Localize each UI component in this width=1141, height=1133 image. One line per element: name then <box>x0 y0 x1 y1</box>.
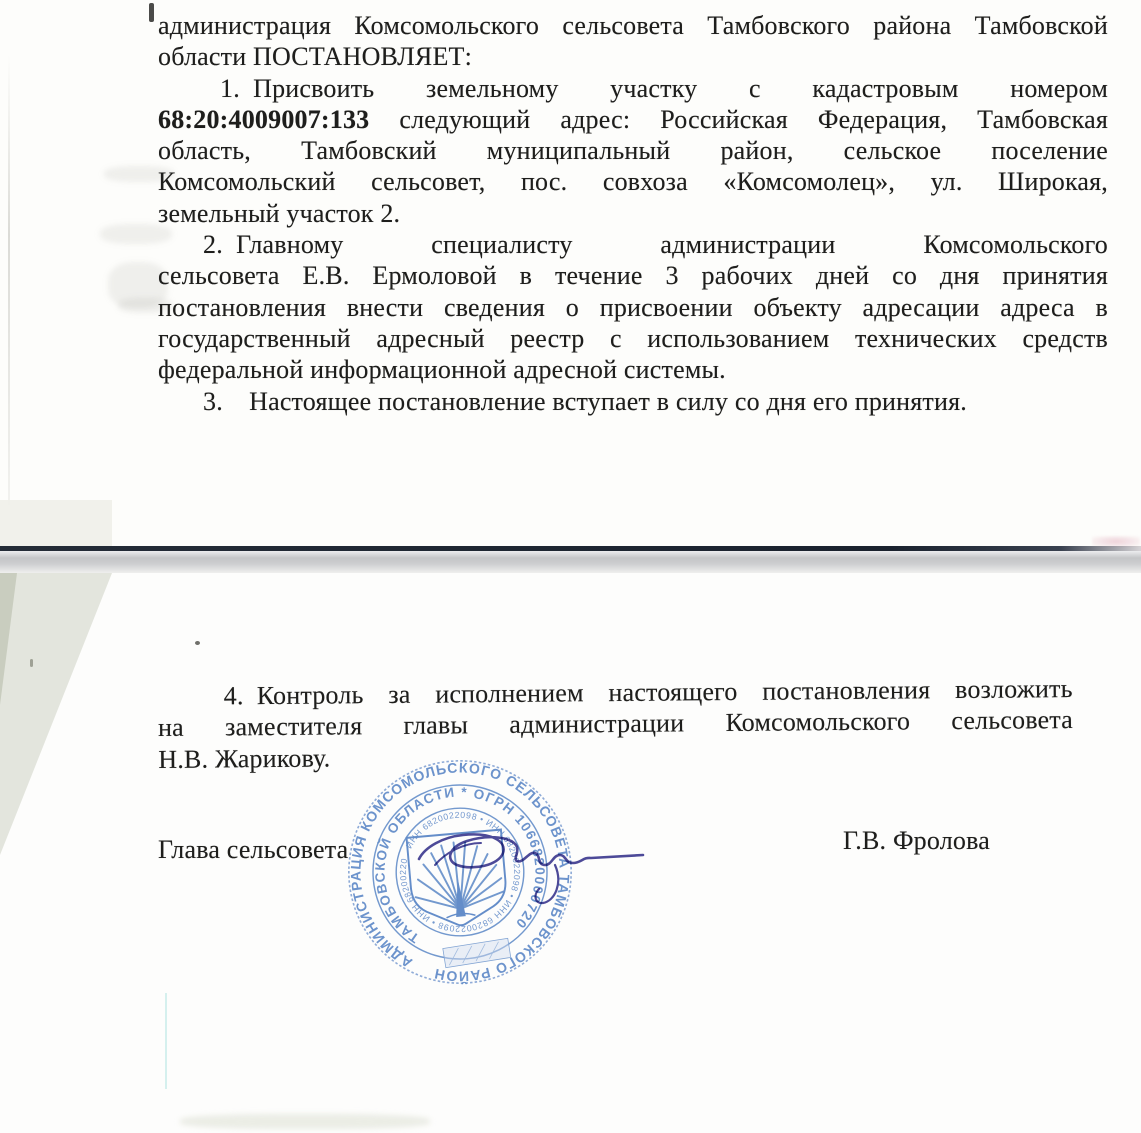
scan-artifact <box>165 993 167 1089</box>
text-line: Комсомольский сельсовет, пос. совхоза «К… <box>158 166 1108 197</box>
scan-artifact <box>0 500 112 547</box>
text-line: области ПОСТАНОВЛЯЕТ: <box>158 41 1108 72</box>
handwritten-signature <box>405 803 657 921</box>
signer-title: Глава сельсовета <box>158 834 348 866</box>
text-line: 2. Главному специалисту администрации Ко… <box>158 229 1108 260</box>
text-line: государственный адресный реестр с исполь… <box>158 323 1108 354</box>
scanner-background-wedge <box>0 573 112 855</box>
resolution-body-text: администрация Комсомольского сельсовета … <box>158 10 1108 417</box>
text-line: земельный участок 2. <box>158 198 1108 229</box>
scan-page-divider-band <box>0 551 1141 573</box>
text-line: 3. Настоящее постановление вступает в си… <box>158 386 1108 417</box>
cadastral-number: 68:20:4009007:133 <box>158 105 369 134</box>
scan-artifact <box>195 641 200 645</box>
text-line: сельсовета Е.В. Ермоловой в течение 3 ра… <box>158 260 1108 291</box>
resolution-item-4-text: 4. Контроль за исполнением настоящего по… <box>158 673 1074 775</box>
page-1: администрация Комсомольского сельсовета … <box>0 0 1141 547</box>
scan-artifact <box>180 1114 430 1129</box>
signer-name: Г.В. Фролова <box>843 825 990 857</box>
page-edge-artifact <box>8 55 10 505</box>
scan-artifact <box>30 659 33 667</box>
text-line: федеральной информационной адресной сист… <box>158 354 1108 385</box>
text-line: 68:20:4009007:133 следующий адрес: Росси… <box>158 104 1108 135</box>
text-line: область, Тамбовский муниципальный район,… <box>158 135 1108 166</box>
text-line: администрация Комсомольского сельсовета … <box>158 10 1108 41</box>
text-line: 1. Присвоить земельному участку с кадаст… <box>158 73 1108 104</box>
scan-artifact <box>149 3 154 22</box>
text-line: постановления внести сведения о присвоен… <box>158 292 1108 323</box>
scanned-document: { "colors": { "stamp_blue": "#5b87c9", "… <box>0 0 1141 1133</box>
